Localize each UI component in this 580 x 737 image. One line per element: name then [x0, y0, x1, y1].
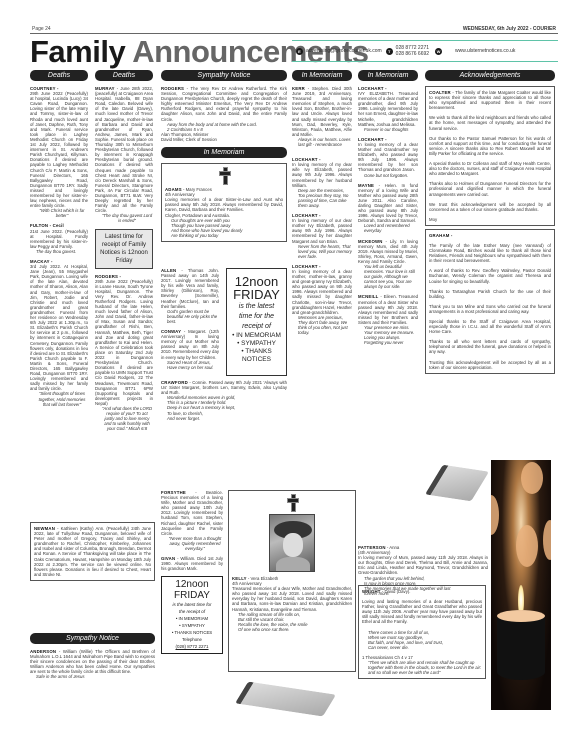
section-header-deaths: Deaths [95, 70, 153, 81]
notice-murray: MURRAY - June 28th 2022, (peacefully) at… [95, 86, 153, 213]
latest-time-notice: Latest time for receipt of Family Notice… [95, 229, 153, 269]
section-header-acknowledgements: Acknowledgements [425, 70, 555, 81]
notice-lockhart-4: LOCKHART -IVY ELIZABETH. Treasured memor… [358, 86, 418, 127]
sympathy-column: Sympathy Notice RODGERS - The Very Rev D… [161, 70, 287, 242]
section-header-sympathy: Sympathy Notice [161, 70, 287, 81]
notice-lockhart-1: LOCKHART -In loving memory of my dear wi… [292, 157, 352, 188]
contact-bar: E advertising@tyronecourier.uk.com T 028… [292, 40, 558, 62]
phone-icon: T [386, 48, 393, 55]
notice-mcneill: MCNEILL - Eileen. Treasured memories of … [358, 294, 418, 325]
notice-givan: GIVAN - William. Died 1st July 1990. Alw… [161, 556, 223, 571]
section-header-deaths: Deaths [30, 70, 88, 81]
cross-icon [287, 494, 297, 510]
memoriam-column-2: In Memoriam LOCKHART -IVY ELIZABETH. Tre… [358, 70, 418, 345]
memoriam-subcol-2: FORSYTHE - Beatrice. Precious memories o… [161, 490, 223, 654]
promo-12noon-small: 12noon FRIDAY is the latest time for the… [161, 576, 223, 654]
notice-graham: GRAHAM - The Family of the late Esther M… [425, 229, 555, 374]
section-header-in-memoriam: In Memoriam [292, 70, 352, 81]
bible-icon [425, 465, 489, 502]
candle-image [491, 460, 551, 710]
section-header-sympathy: Sympathy Notice [30, 633, 155, 644]
page-number: Page 24 [32, 26, 51, 32]
notice-allen: ALLEN - Thomas John. Passed away on 14th… [161, 268, 219, 309]
notice-anderson: ANDERSON - William (Willie) The Officers… [30, 649, 155, 674]
phone-numbers: 028 8772 2271028 8676 6692 [396, 45, 429, 57]
cross-icon [219, 167, 229, 183]
sympathy-bottom: Sympathy Notice ANDERSON - William (Will… [30, 633, 155, 680]
notice-coalter: COALTER - The family of the late Margare… [425, 86, 555, 226]
notice-crawford: CRAWFORD - Connie. Passed away 9th July … [161, 380, 287, 421]
email-link[interactable]: advertising@tyronecourier.uk.com [306, 48, 382, 54]
notice-mackay: MACKAY -3rd July 2022. At Hospital, Jane… [30, 259, 88, 391]
email-icon: E [296, 48, 303, 55]
notice-newman: NEWMAN - Kathleen (Kathy) Ann. (Peaceful… [30, 522, 155, 581]
deaths-column-1: Deaths COURTNEY -29th June 2022 (Peacefu… [30, 70, 88, 407]
notice-conway: CONWAY - Margaret. (12th Anniversary) In… [161, 329, 219, 360]
portrait-photo [269, 514, 315, 572]
notice-mckeown: MCKEOWN - Lily. In loving memory Mum, di… [358, 239, 418, 264]
acknowledgements-column: Acknowledgements COALTER - The family of… [425, 70, 555, 374]
notice-lockhart-5: LOCKHART -In loving memory of a dear Mot… [358, 137, 418, 173]
memoriam-subcol: ALLEN - Thomas John. Passed away on 14th… [161, 268, 219, 370]
notice-lockhart-3: LOCKHART -In loving memory of a dear mot… [292, 264, 352, 315]
dateline: WEDNESDAY, 6th July 2022 - COURIER [463, 26, 556, 32]
notice-mayne: MAYNE - Helen. In fond memory of a lovin… [358, 183, 418, 224]
notice-sympathy-rodgers: RODGERS - The Very Rev Dr Andrew Rutherf… [161, 86, 287, 122]
notice-kelly: KELLY - Vera Elizabeth 4th Anniversary T… [228, 490, 356, 672]
bible-icon [235, 681, 336, 716]
website-link[interactable]: www.ulsternetnotices.co.uk [455, 48, 515, 54]
notice-adams: ADAMS - Mary Frances 4th Anniversary Lov… [161, 163, 287, 242]
notice-fulton: FULTON - Cecil21st June 2022. (Peacefull… [30, 223, 88, 248]
notice-wright: WRIGHT - David (Davy). Loving and lastin… [358, 585, 486, 679]
notice-courtney: COURTNEY -29th June 2022 (Peacefully) at… [30, 86, 88, 208]
web-icon: W [435, 48, 442, 55]
notice-lockhart-2: LOCKHART -In loving memory of our dear m… [292, 213, 352, 244]
notice-forsythe: FORSYTHE - Beatrice. Precious memories o… [161, 490, 223, 536]
section-header-in-memoriam: In Memoriam [358, 70, 418, 81]
deaths-column-2: Deaths MURRAY - June 28th 2022, (peacefu… [95, 70, 153, 431]
memoriam-column-1: In Memoriam KERR - Stephen. Died 30th Ju… [292, 70, 352, 335]
notice-kerr: KERR - Stephen. Died 30th June 2019, 3rd… [292, 86, 352, 137]
notice-rodgers: RODGERS -29th June 2022 (Peacefully) in … [95, 274, 153, 406]
section-header-in-memoriam: In Memoriam [161, 147, 287, 158]
promo-12noon-large: 12noon FRIDAY is the latest time for the… [226, 268, 287, 376]
